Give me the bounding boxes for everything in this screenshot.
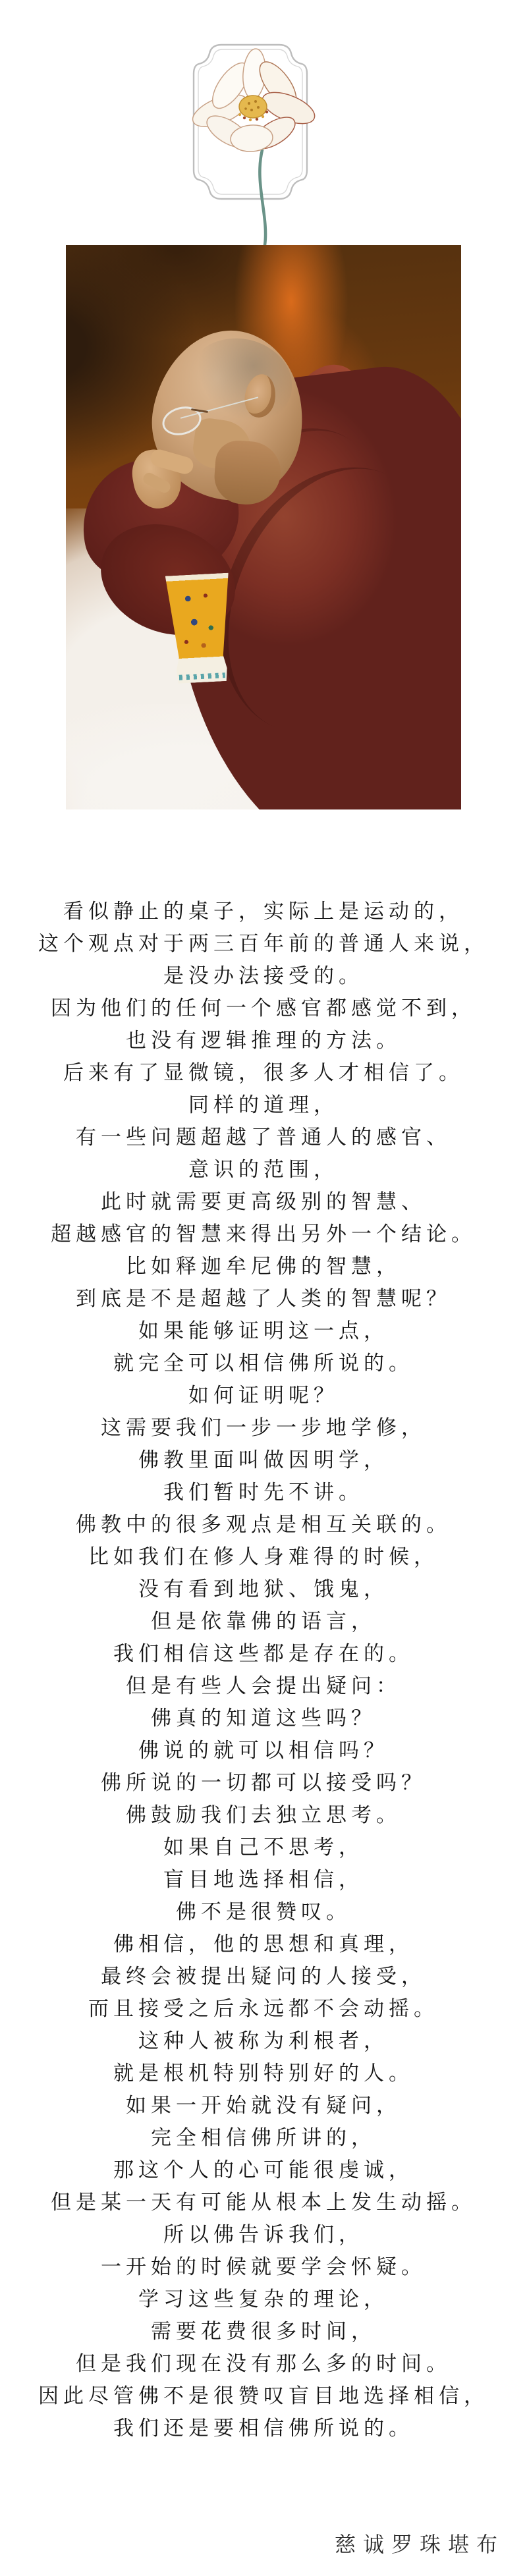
page: 看似静止的桌子，实际上是运动的，这个观点对于两三百年前的普通人来说，是没办法接受…	[0, 0, 527, 2576]
text-line: 佛真的知道这些吗？	[0, 1702, 527, 1734]
text-line: 因为他们的任何一个感官都感觉不到，	[0, 992, 527, 1024]
text-line: 完全相信佛所讲的，	[0, 2122, 527, 2154]
text-line: 到底是不是超越了人类的智慧呢？	[0, 1282, 527, 1315]
text-line: 我们暂时先不讲。	[0, 1476, 527, 1508]
text-line: 如果能够证明这一点，	[0, 1315, 527, 1347]
text-line: 佛教里面叫做因明学，	[0, 1444, 527, 1476]
author-signature: 慈诚罗珠堪布	[335, 2528, 505, 2558]
text-line: 佛所说的一切都可以接受吗？	[0, 1767, 527, 1799]
text-line: 所以佛告诉我们，	[0, 2218, 527, 2251]
text-line: 因此尽管佛不是很赞叹盲目地选择相信，	[0, 2380, 527, 2412]
text-line: 看似静止的桌子，实际上是运动的，	[0, 895, 527, 927]
text-line: 没有看到地狱、饿鬼，	[0, 1573, 527, 1605]
text-line: 但是有些人会提出疑问：	[0, 1670, 527, 1702]
text-line: 超越感官的智慧来得出另外一个结论。	[0, 1218, 527, 1250]
lotus-icon	[158, 33, 316, 247]
lotus-stem	[260, 150, 265, 245]
text-line: 比如我们在修人身难得的时候，	[0, 1541, 527, 1573]
text-line: 但是我们现在没有那么多的时间。	[0, 2347, 527, 2380]
text-line: 佛教中的很多观点是相互关联的。	[0, 1508, 527, 1541]
text-line: 佛相信，他的思想和真理，	[0, 1928, 527, 1960]
text-line: 如果一开始就没有疑问，	[0, 2089, 527, 2122]
text-line: 最终会被提出疑问的人接受，	[0, 1960, 527, 1992]
text-line: 如何证明呢？	[0, 1379, 527, 1411]
text-line: 比如释迦牟尼佛的智慧，	[0, 1250, 527, 1282]
text-line: 我们还是要相信佛所说的。	[0, 2412, 527, 2444]
text-line: 此时就需要更高级别的智慧、	[0, 1186, 527, 1218]
text-line: 但是依靠佛的语言，	[0, 1605, 527, 1637]
text-line: 后来有了显微镜，很多人才相信了。	[0, 1056, 527, 1089]
text-line: 也没有逻辑推理的方法。	[0, 1024, 527, 1056]
text-line: 而且接受之后永远都不会动摇。	[0, 1992, 527, 2025]
text-line: 一开始的时候就要学会怀疑。	[0, 2251, 527, 2283]
text-line: 就完全可以相信佛所说的。	[0, 1347, 527, 1379]
text-line: 我们相信这些都是存在的。	[0, 1637, 527, 1670]
text-line: 需要花费很多时间，	[0, 2315, 527, 2347]
text-line: 那这个人的心可能很虔诚，	[0, 2154, 527, 2186]
text-line: 佛说的就可以相信吗？	[0, 1734, 527, 1767]
text-line: 就是根机特别特别好的人。	[0, 2057, 527, 2089]
lotus-center	[238, 96, 268, 121]
text-line: 但是某一天有可能从根本上发生动摇。	[0, 2186, 527, 2218]
text-line: 佛鼓励我们去独立思考。	[0, 1799, 527, 1831]
text-line: 盲目地选择相信，	[0, 1863, 527, 1896]
text-line: 如果自己不思考，	[0, 1831, 527, 1863]
article-text: 看似静止的桌子，实际上是运动的，这个观点对于两三百年前的普通人来说，是没办法接受…	[0, 895, 527, 2444]
text-line: 佛不是很赞叹。	[0, 1896, 527, 1928]
lotus-ornament	[158, 33, 316, 247]
text-line: 有一些问题超越了普通人的感官、	[0, 1121, 527, 1153]
text-line: 意识的范围，	[0, 1153, 527, 1186]
text-line: 这需要我们一步一步地学修，	[0, 1411, 527, 1444]
monk-photo	[66, 245, 461, 809]
text-line: 学习这些复杂的理论，	[0, 2283, 527, 2315]
text-line: 这个观点对于两三百年前的普通人来说，	[0, 927, 527, 960]
text-line: 同样的道理，	[0, 1089, 527, 1121]
text-line: 是没办法接受的。	[0, 960, 527, 992]
text-line: 这种人被称为利根者，	[0, 2025, 527, 2057]
